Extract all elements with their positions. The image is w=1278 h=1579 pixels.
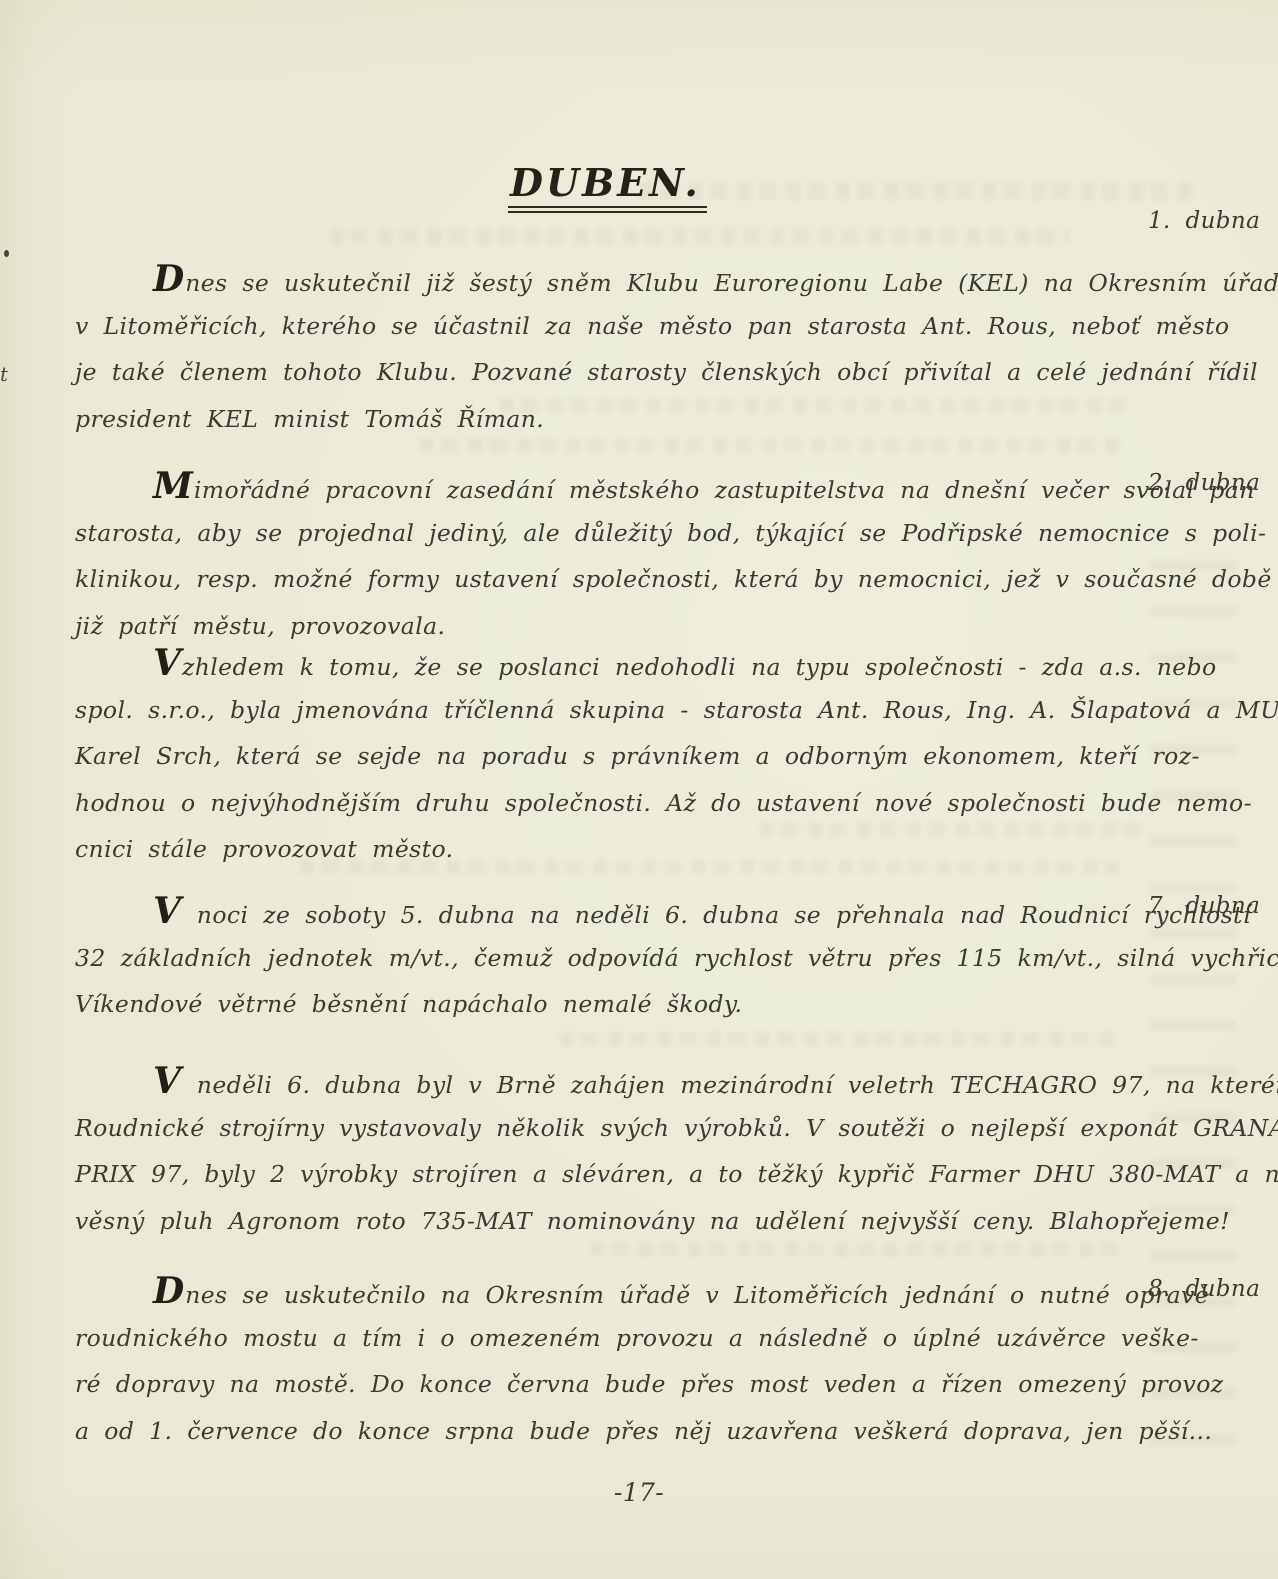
page-title: DUBEN.: [508, 160, 707, 213]
text-line: president KEL minist Tomáš Říman.: [75, 396, 1150, 443]
text-line: Dnes se uskutečnil již šestý sněm Klubu …: [75, 256, 1150, 303]
text-line: Vzhledem k tomu, že se poslanci nedohodl…: [75, 640, 1150, 687]
text-line: Karel Srch, která se sejde na poradu s p…: [75, 733, 1150, 780]
paragraph-typ-spolecnosti: Vzhledem k tomu, že se poslanci nedohodl…: [75, 640, 1150, 873]
paragraph-techagro: V neděli 6. dubna byl v Brně zahájen mez…: [75, 1058, 1150, 1244]
text-line: je také členem tohoto Klubu. Pozvané sta…: [75, 349, 1150, 396]
ink-speck: [4, 250, 9, 257]
text-line: 32 základních jednotek m/vt., čemuž odpo…: [75, 935, 1150, 982]
stray-pen-mark: t: [0, 362, 8, 386]
text-line: v Litoměřicích, kterého se účastnil za n…: [75, 303, 1150, 350]
paragraph-vychrice: V noci ze soboty 5. dubna na neděli 6. d…: [75, 888, 1150, 1028]
text-line: PRIX 97, byly 2 výrobky strojíren a slév…: [75, 1151, 1150, 1198]
text-line: hodnou o nejvýhodnějším druhu společnost…: [75, 780, 1150, 827]
text-line: V neděli 6. dubna byl v Brně zahájen mez…: [75, 1058, 1150, 1105]
text-line: Roudnické strojírny vystavovaly několik …: [75, 1105, 1150, 1152]
chronicle-page: { "page": { "title": "DUBEN.", "page_num…: [0, 0, 1278, 1579]
text-line: Víkendové větrné běsnění napáchalo nemal…: [75, 981, 1150, 1028]
paragraph-oprava-mostu: Dnes se uskutečnilo na Okresním úřadě v …: [75, 1268, 1150, 1454]
text-line: spol. s.r.o., byla jmenována tříčlenná s…: [75, 687, 1150, 734]
paragraph-zasedani-zastupitelstva: Mimořádné pracovní zasedání městského za…: [75, 463, 1150, 649]
text-line: roudnického mostu a tím i o omezeném pro…: [75, 1315, 1150, 1362]
text-line: V noci ze soboty 5. dubna na neděli 6. d…: [75, 888, 1150, 935]
text-line: cnici stále provozovat město.: [75, 826, 1150, 873]
text-line: ré dopravy na mostě. Do konce června bud…: [75, 1361, 1150, 1408]
margin-date-1-dubna: 1. dubna: [1148, 208, 1268, 234]
text-line: věsný pluh Agronom roto 735-MAT nominová…: [75, 1198, 1150, 1245]
text-line: Dnes se uskutečnilo na Okresním úřadě v …: [75, 1268, 1150, 1315]
page-number: -17-: [0, 1478, 1278, 1507]
text-line: a od 1. července do konce srpna bude pře…: [75, 1408, 1150, 1455]
text-line: starosta, aby se projednal jediný, ale d…: [75, 510, 1150, 557]
text-line: Mimořádné pracovní zasedání městského za…: [75, 463, 1150, 510]
text-line: klinikou, resp. možné formy ustavení spo…: [75, 556, 1150, 603]
paragraph-kel-snem: Dnes se uskutečnil již šestý sněm Klubu …: [75, 256, 1150, 442]
